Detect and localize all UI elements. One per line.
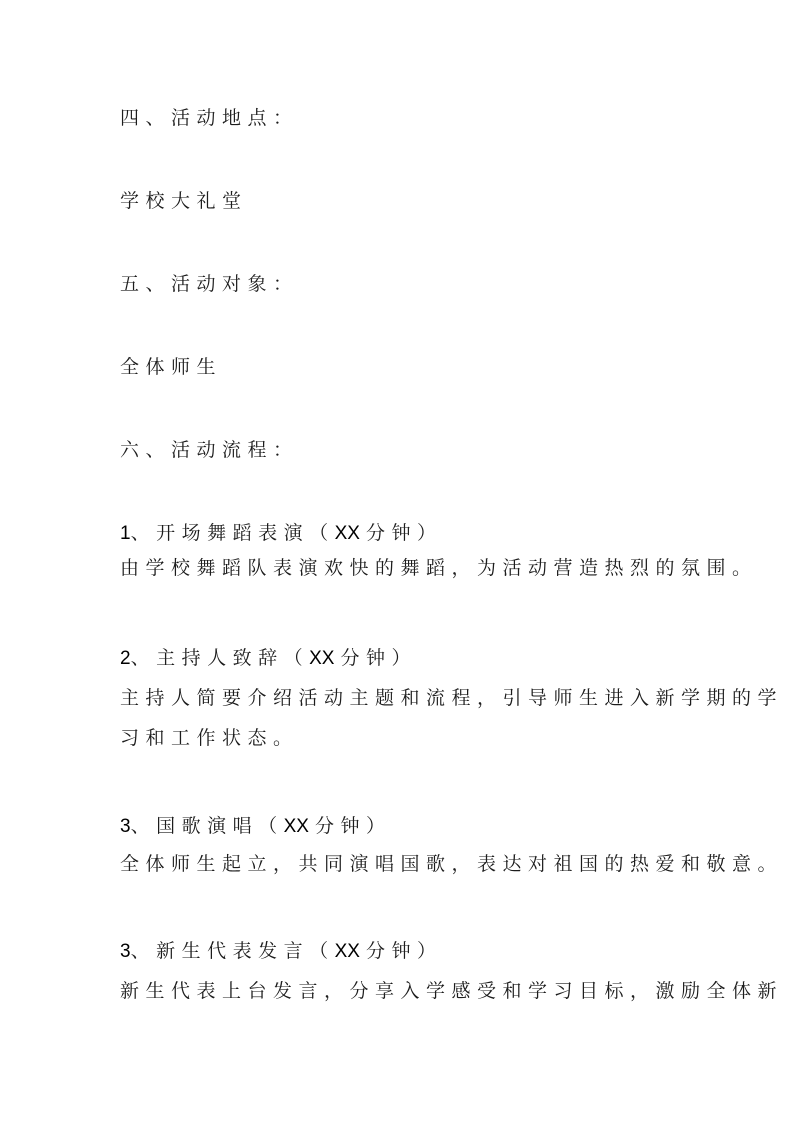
item-title-text: 、国歌演唱（ (131, 815, 284, 837)
process-item-description: 全体师生起立，共同演唱国歌，表达对祖国的热爱和敬意。 (120, 852, 783, 876)
item-duration: XX (284, 816, 309, 837)
process-item-title: 3、国歌演唱（XX分钟） (120, 814, 391, 839)
process-item-title: 2、主持人致辞（XX分钟） (120, 646, 417, 671)
document-page: 四、活动地点： 学校大礼堂 五、活动对象： 全体师生 六、活动流程： 1、开场舞… (0, 0, 793, 1122)
item-number: 3 (120, 816, 131, 837)
process-item-description-cont: 习和工作状态。 (120, 726, 299, 750)
process-item-description: 新生代表上台发言，分享入学感受和学习目标，激励全体新 (120, 979, 783, 1003)
process-item-title: 1、开场舞蹈表演（XX分钟） (120, 521, 442, 546)
item-title-text: 、开场舞蹈表演（ (131, 522, 335, 544)
process-item-description: 由学校舞蹈队表演欢快的舞蹈，为活动营造热烈的氛围。 (120, 556, 758, 580)
item-duration: XX (335, 941, 360, 962)
item-title-tail: 分钟） (340, 647, 417, 669)
item-title-text: 、新生代表发言（ (131, 940, 335, 962)
item-title-tail: 分钟） (366, 522, 443, 544)
item-title-tail: 分钟） (315, 815, 392, 837)
section-heading-location: 四、活动地点： (120, 106, 299, 130)
item-title-tail: 分钟） (366, 940, 443, 962)
section-heading-audience: 五、活动对象： (120, 272, 299, 296)
item-number: 3 (120, 941, 131, 962)
item-title-text: 、主持人致辞（ (131, 647, 310, 669)
item-number: 2 (120, 648, 131, 669)
item-number: 1 (120, 523, 131, 544)
item-duration: XX (309, 648, 334, 669)
section-content-location: 学校大礼堂 (120, 189, 248, 213)
process-item-title: 3、新生代表发言（XX分钟） (120, 939, 442, 964)
item-duration: XX (335, 523, 360, 544)
section-content-audience: 全体师生 (120, 355, 222, 379)
section-heading-process: 六、活动流程： (120, 438, 299, 462)
process-item-description: 主持人简要介绍活动主题和流程，引导师生进入新学期的学 (120, 686, 783, 710)
